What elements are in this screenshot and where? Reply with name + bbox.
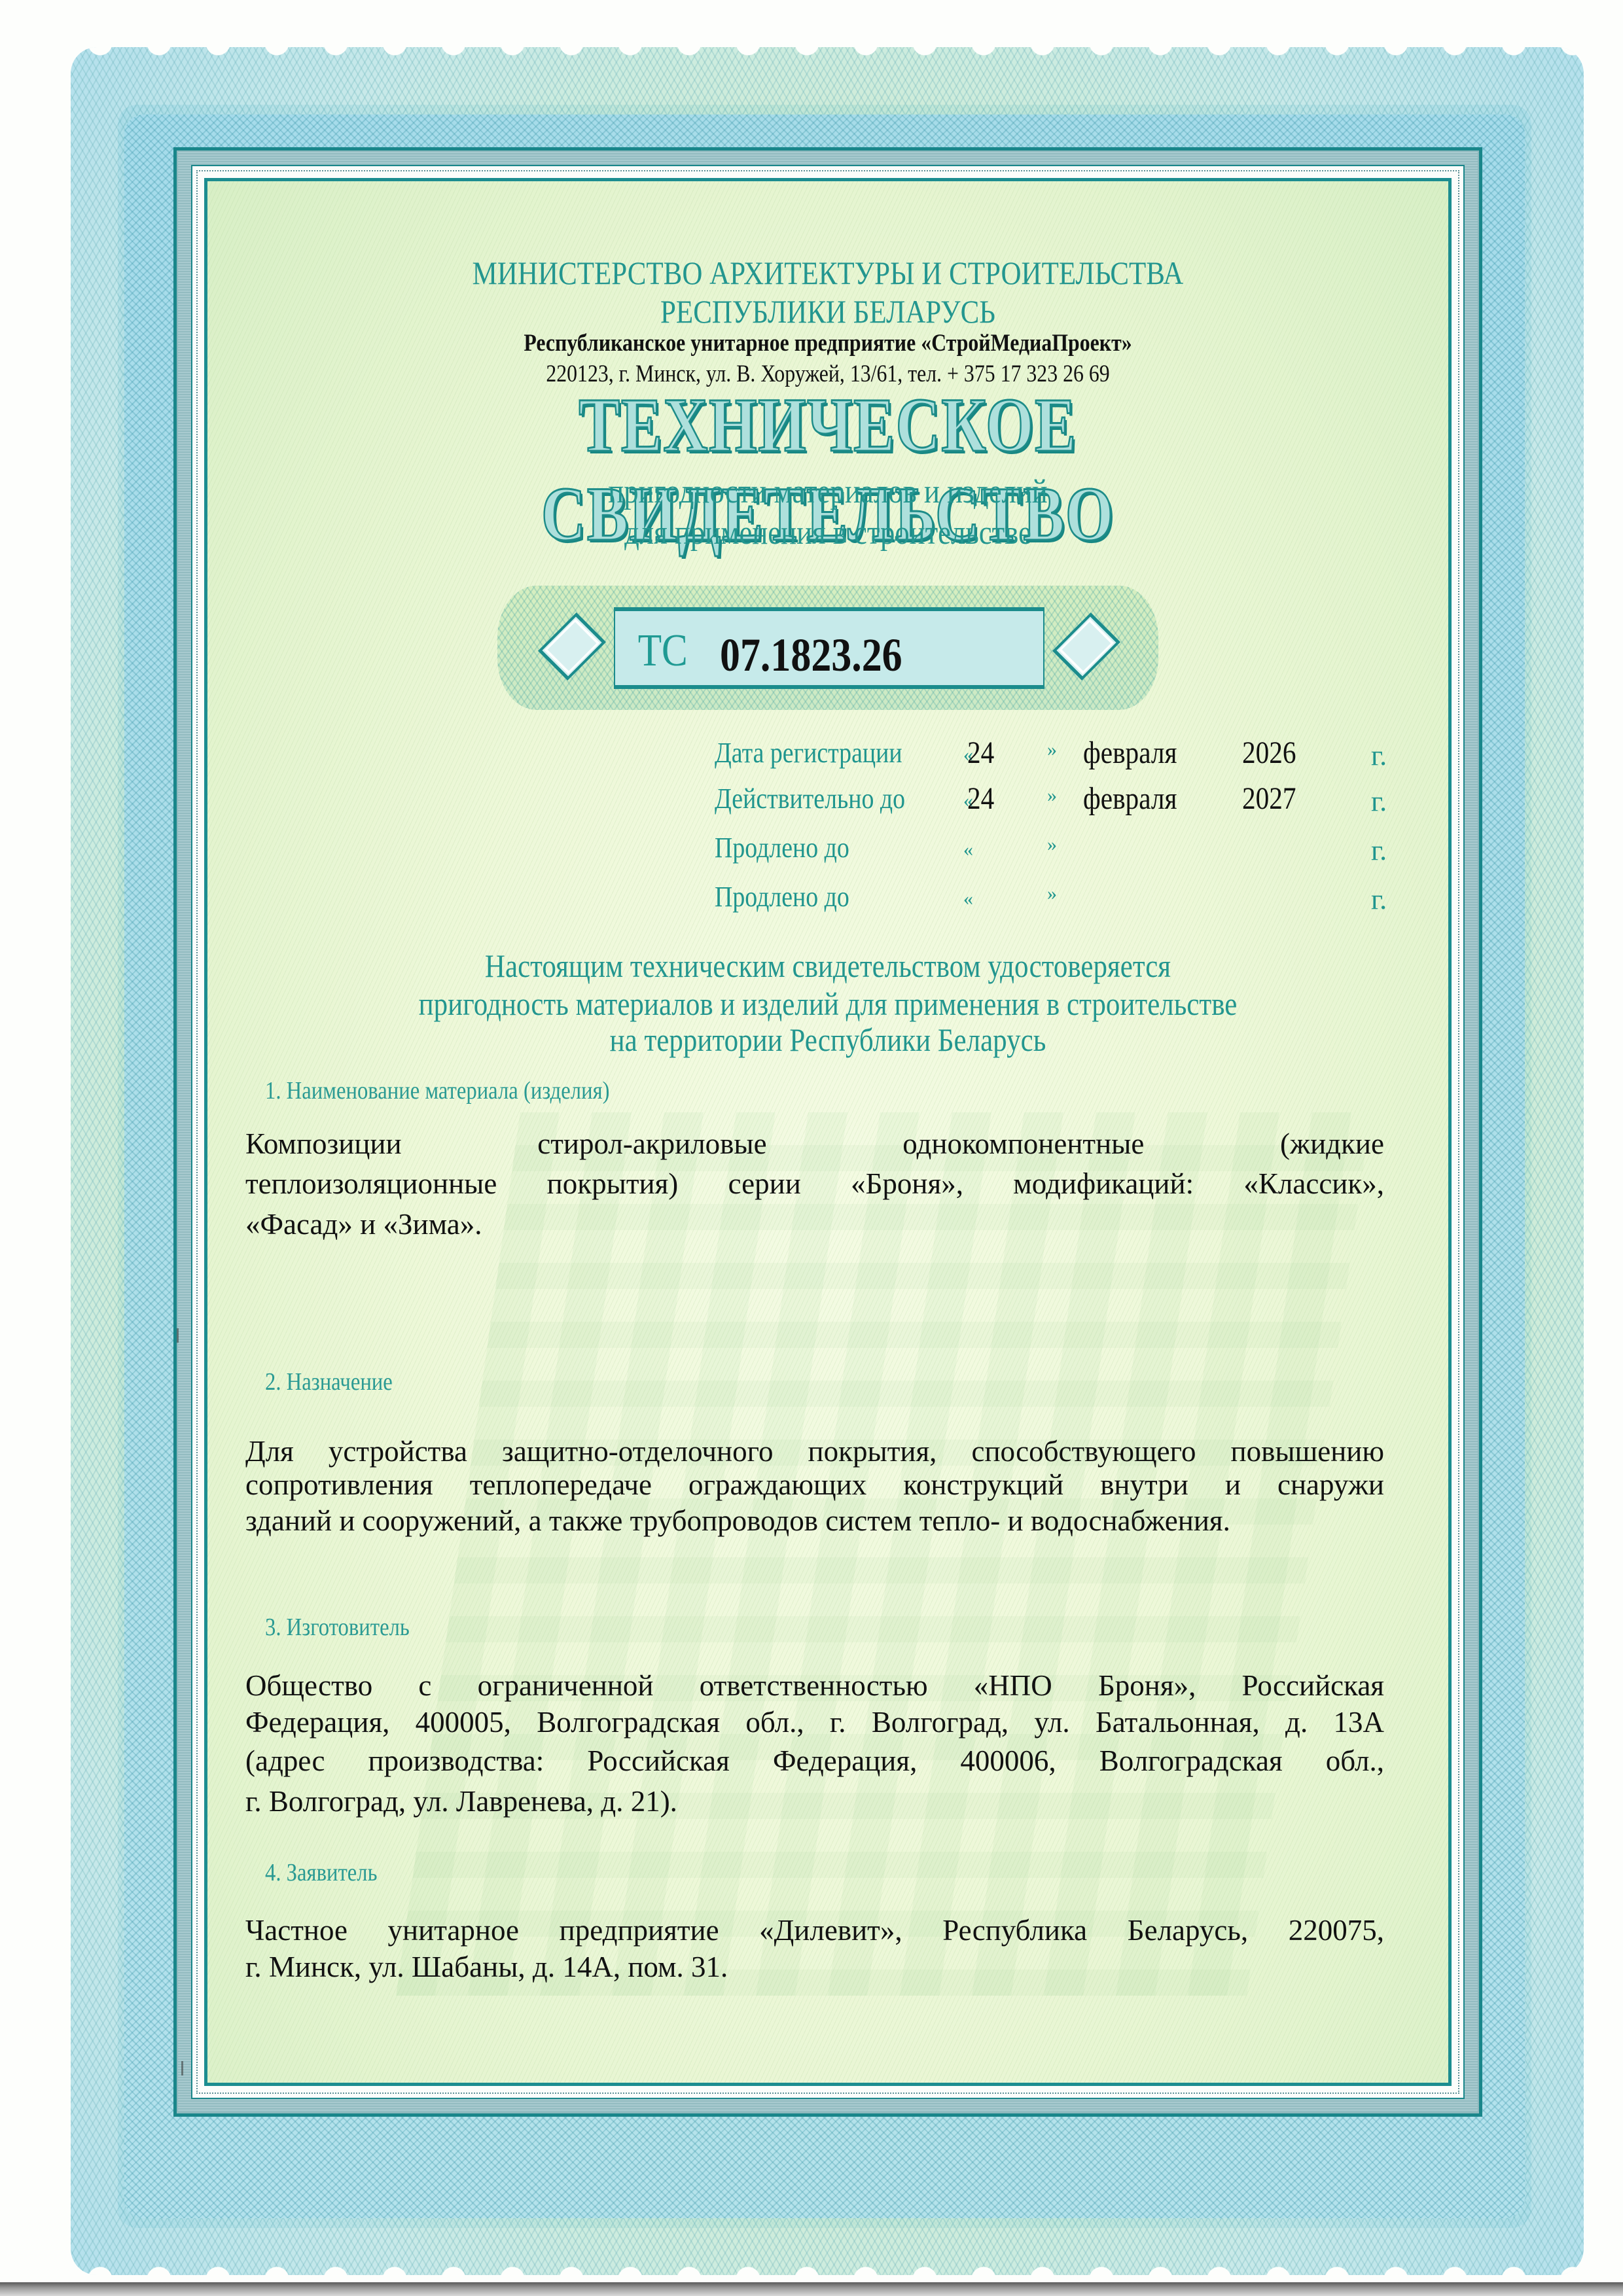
ministry-name-line1: МИНИСТЕРСТВО АРХИТЕКТУРЫ И СТРОИТЕЛЬСТВА (294, 254, 1362, 292)
date-close-quote: » (1047, 785, 1057, 807)
section-heading: 2. Назначение (265, 1368, 393, 1396)
date-open-quote: « (963, 888, 973, 910)
subtitle-line2: для применения в строительстве (294, 514, 1362, 552)
section-heading: 4. Заявитель (265, 1858, 378, 1887)
date-year: 2026 (1242, 735, 1296, 771)
section-body-line: Федерация, 400005, Волгоградская обл., г… (245, 1705, 1384, 1742)
section-body-line: (адрес производства: Российская Федераци… (245, 1744, 1384, 1780)
scan-speck (177, 1328, 179, 1343)
enterprise-name: Республиканское унитарное предприятие «С… (294, 329, 1362, 357)
section-body-line: г. Волгоград, ул. Лавренева, д. 21). (245, 1784, 1384, 1821)
date-day: 24 (967, 781, 994, 817)
section-body-line: теплоизоляционные покрытия) серии «Броня… (245, 1167, 1384, 1203)
statement-line1: Настоящим техническим свидетельством удо… (294, 947, 1362, 985)
section-body-line: Композиции стирол-акриловые однокомпонен… (245, 1127, 1384, 1163)
date-close-quote: » (1047, 739, 1057, 761)
date-close-quote: » (1047, 834, 1057, 856)
statement-line2: пригодность материалов и изделий для при… (294, 985, 1362, 1023)
date-month: февраля (1083, 781, 1177, 817)
date-year-suffix: г. (1371, 785, 1387, 818)
date-close-quote: » (1047, 883, 1057, 905)
date-month: февраля (1083, 735, 1177, 771)
section-body-line: Общество с ограниченной ответственностью… (245, 1669, 1384, 1705)
scan-speck (181, 2061, 183, 2075)
certificate-number: 07.1823.26 (720, 628, 902, 682)
date-year-suffix: г. (1371, 834, 1387, 867)
section-heading: 3. Изготовитель (265, 1613, 410, 1642)
certificate-prefix: ТС (638, 625, 688, 677)
subtitle-line1: пригодности материалов и изделий (294, 472, 1362, 511)
ministry-name-line2: РЕСПУБЛИКИ БЕЛАРУСЬ (294, 292, 1362, 330)
section-body-line: сопротивления теплопередаче ограждающих … (245, 1468, 1384, 1504)
date-label: Продлено до (715, 880, 849, 913)
date-year-suffix: г. (1371, 739, 1387, 772)
section-body-line: зданий и сооружений, а также трубопровод… (245, 1504, 1384, 1540)
date-year-suffix: г. (1371, 883, 1387, 916)
scan-edge-shadow (0, 2282, 1623, 2296)
date-label: Дата регистрации (715, 736, 902, 769)
section-heading: 1. Наименование материала (изделия) (265, 1076, 609, 1105)
section-body-line: Частное унитарное предприятие «Дилевит»,… (245, 1913, 1384, 1950)
section-body-line: г. Минск, ул. Шабаны, д. 14А, пом. 31. (245, 1950, 1384, 1987)
date-label: Продлено до (715, 831, 849, 864)
date-year: 2027 (1242, 781, 1296, 817)
statement-line3: на территории Республики Беларусь (294, 1021, 1362, 1059)
section-body-line: «Фасад» и «Зима». (245, 1207, 1384, 1244)
date-day: 24 (967, 735, 994, 771)
date-label: Действительно до (715, 782, 905, 815)
date-open-quote: « (963, 839, 973, 861)
section-body-line: Для устройства защитно-отделочного покры… (245, 1434, 1384, 1471)
